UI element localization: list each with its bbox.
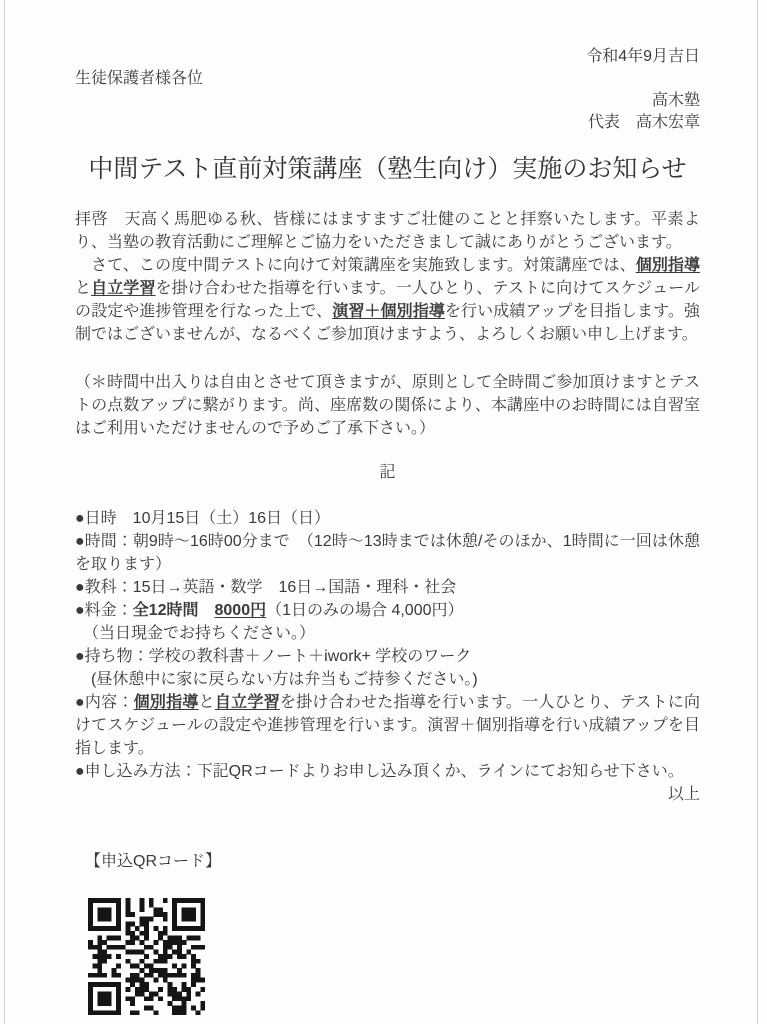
greeting-paragraph: 拝啓 天高く馬肥ゆる秋、皆様にはますますご壮健のことと拝察いたします。平素より、…: [75, 208, 700, 254]
item-fee: ●料金：全12時間 8000円（1日のみの場合 4,000円）: [75, 599, 700, 622]
sender-block: 高木塾 代表 高木宏章: [75, 90, 700, 134]
record-marker: 記: [75, 461, 700, 484]
item-datetime: ●日時 10月15日（土）16日（日）: [75, 507, 700, 530]
item-time: ●時間：朝9時〜16時00分まで （12時〜13時までは休憩/そのほか、1時間に…: [75, 530, 700, 576]
addressee: 生徒保護者様各位: [75, 68, 700, 90]
qr-section-label: 【申込QRコード】: [85, 850, 700, 873]
item-contents: ●内容：個別指導と自立学習を掛け合わせた指導を行います。一人ひとり、テストに向け…: [75, 691, 700, 760]
sender-org: 高木塾: [75, 90, 700, 112]
document-content: 令和4年9月吉日 生徒保護者様各位 高木塾 代表 高木宏章 中間テスト直前対策講…: [0, 0, 767, 1015]
item-subjects: ●教科：15日→英語・数学 16日→国語・理科・社会: [75, 576, 700, 599]
document-date: 令和4年9月吉日: [75, 46, 700, 68]
paper-edge-left: [4, 0, 5, 1024]
sender-representative: 代表 高木宏章: [75, 112, 700, 134]
document-title: 中間テスト直前対策講座（塾生向け）実施のお知らせ: [75, 152, 700, 186]
item-fee-note: （当日現金でお持ちください。）: [75, 622, 700, 645]
qr-code: [88, 898, 205, 1015]
note-paragraph: （＊時間中出入りは自由とさせて頂きますが、原則として全時間ご参加頂けますとテスト…: [75, 371, 700, 440]
qr-code-image: [88, 898, 205, 1015]
announcement-paragraph: さて、この度中間テストに向けて対策講座を実施致します。対策講座では、個別指導と自…: [75, 254, 700, 346]
closing-marker: 以上: [75, 783, 700, 806]
item-belongings-note: (昼休憩中に家に戻らない方は弁当もご持参ください。): [75, 668, 700, 691]
details-list: ●日時 10月15日（土）16日（日） ●時間：朝9時〜16時00分まで （12…: [75, 507, 700, 783]
paper-edge-right: [757, 0, 758, 1024]
item-belongings: ●持ち物：学校の教科書＋ノート＋iwork+ 学校のワーク: [75, 645, 700, 668]
item-application: ●申し込み方法：下記QRコードよりお申し込み頂くか、ラインにてお知らせ下さい。: [75, 760, 700, 783]
document-page: 令和4年9月吉日 生徒保護者様各位 高木塾 代表 高木宏章 中間テスト直前対策講…: [0, 0, 767, 1024]
